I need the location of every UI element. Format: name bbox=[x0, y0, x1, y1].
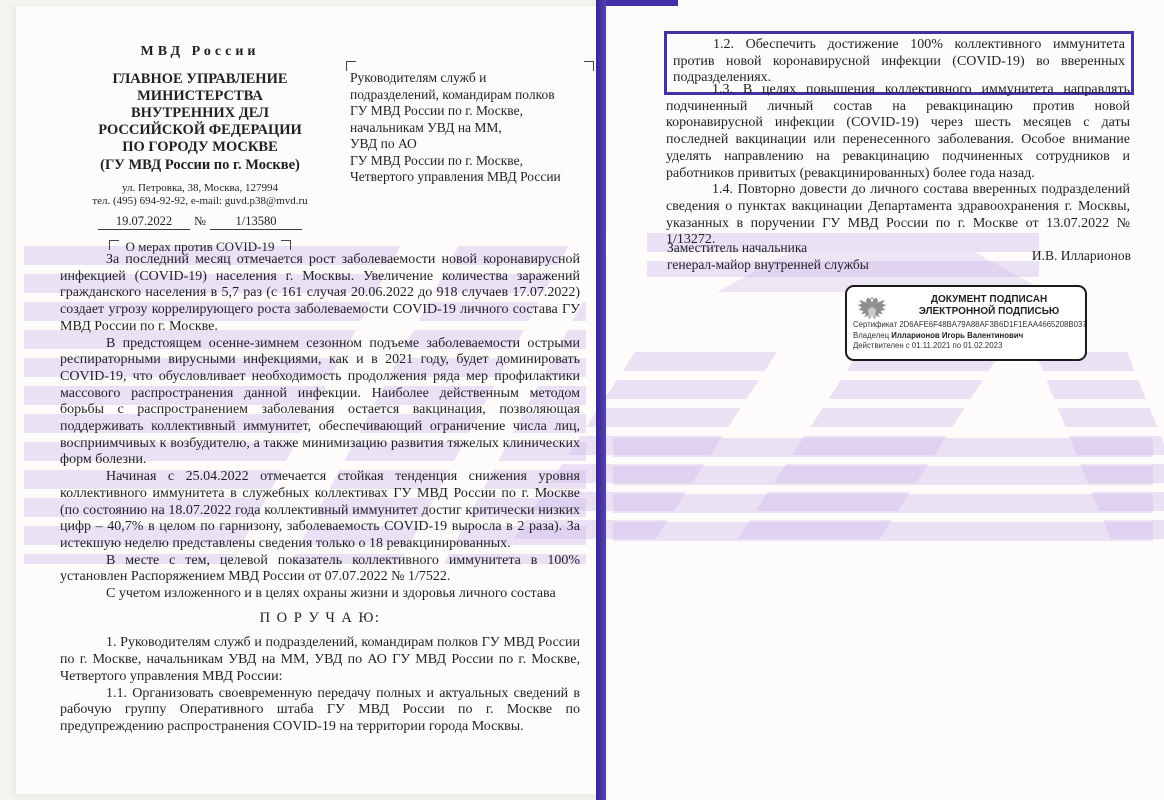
signer-position-line: генерал-майор внутренней службы bbox=[667, 257, 869, 274]
paragraph: С учетом изложенного и в целях охраны жи… bbox=[60, 586, 580, 603]
stamp-title-line: ЭЛЕКТРОННОЙ ПОДПИСЬЮ bbox=[893, 306, 1085, 318]
page-2: 1.2. Обеспечить достижение 100% коллекти… bbox=[607, 0, 1164, 800]
watermark-wedge bbox=[1035, 352, 1164, 544]
stamp-validity-line: Действителен с 01.11.2021 по 01.02.2023 bbox=[853, 341, 1081, 352]
electronic-signature-stamp: ДОКУМЕНТ ПОДПИСАН ЭЛЕКТРОННОЙ ПОДПИСЬЮ С… bbox=[845, 285, 1087, 361]
stamp-owner-name: Илларионов Игорь Валентинович bbox=[891, 331, 1023, 340]
stamp-owner-label: Владелец bbox=[853, 331, 889, 340]
doc-date: 19.07.2022 bbox=[98, 214, 190, 230]
org-address-line: ул. Петровка, 38, Москва, 127994 bbox=[50, 182, 350, 195]
order-item-1-2: 1.2. Обеспечить достижение 100% коллекти… bbox=[673, 37, 1125, 87]
org-title-line: РОССИЙСКОЙ ФЕДЕРАЦИИ bbox=[50, 122, 350, 139]
corner-mark bbox=[584, 61, 594, 71]
addressee-line: Руководителям служб и bbox=[350, 70, 590, 87]
corner-mark bbox=[281, 240, 291, 250]
org-name: МВД России bbox=[50, 44, 350, 60]
watermark-stripes-right-lower bbox=[613, 438, 1153, 546]
paragraph: Начиная с 25.04.2022 отмечается стойкая … bbox=[60, 469, 580, 553]
corner-mark bbox=[346, 61, 356, 71]
number-sign: № bbox=[194, 214, 206, 229]
corner-mark bbox=[109, 240, 119, 250]
signer-position-line: Заместитель начальника bbox=[667, 240, 869, 257]
page-1: МВД России ГЛАВНОЕ УПРАВЛЕНИЕ МИНИСТЕРСТ… bbox=[16, 6, 596, 794]
doc-number: 1/13580 bbox=[210, 214, 302, 230]
addressee-line: ГУ МВД России по г. Москве, bbox=[350, 153, 590, 170]
addressee-line: ГУ МВД России по г. Москве, bbox=[350, 103, 590, 120]
document-body-page2: 1.3. В целях повышения коллективного имм… bbox=[666, 82, 1130, 249]
order-heading: П О Р У Ч А Ю: bbox=[60, 610, 580, 627]
addressee-block: Руководителям служб и подразделений, ком… bbox=[350, 62, 590, 186]
org-title-line: ГЛАВНОЕ УПРАВЛЕНИЕ bbox=[50, 71, 350, 88]
reference-line: 19.07.2022№1/13580 bbox=[50, 214, 350, 230]
stamp-cert-value: 2D6AFE6F48BA79A88AF3B6D1F1EAA4665208B037 bbox=[899, 320, 1085, 329]
order-item-1: 1. Руководителям служб и подразделений, … bbox=[60, 635, 580, 685]
addressee-line: подразделений, командирам полков bbox=[350, 87, 590, 104]
org-short-name: (ГУ МВД России по г. Москве) bbox=[50, 157, 350, 174]
signer-name: И.В. Илларионов bbox=[1032, 248, 1131, 265]
org-title-line: ВНУТРЕННИХ ДЕЛ bbox=[50, 105, 350, 122]
document-scan: МВД России ГЛАВНОЕ УПРАВЛЕНИЕ МИНИСТЕРСТ… bbox=[0, 0, 1164, 800]
addressee-line: Четвертого управления МВД России bbox=[350, 169, 590, 186]
order-item-1-3: 1.3. В целях повышения коллективного имм… bbox=[666, 82, 1130, 182]
addressee-line: начальникам УВД на ММ, bbox=[350, 120, 590, 137]
org-title-line: МИНИСТЕРСТВА bbox=[50, 88, 350, 105]
watermark-wedge bbox=[734, 352, 1001, 544]
order-item-1-1: 1.1. Организовать своевременную передачу… bbox=[60, 686, 580, 736]
signer-position: Заместитель начальника генерал-майор вну… bbox=[667, 240, 869, 273]
mvd-emblem-icon bbox=[854, 293, 890, 327]
document-body: За последний месяц отмечается рост забол… bbox=[60, 252, 580, 736]
signature-block: Заместитель начальника генерал-майор вну… bbox=[667, 240, 1131, 273]
paragraph: В месте с тем, целевой показатель коллек… bbox=[60, 553, 580, 586]
stamp-title: ДОКУМЕНТ ПОДПИСАН ЭЛЕКТРОННОЙ ПОДПИСЬЮ bbox=[893, 287, 1085, 317]
paragraph: В предстоящем осенне-зимнем сезонном под… bbox=[60, 336, 580, 470]
paragraph: За последний месяц отмечается рост забол… bbox=[60, 252, 580, 336]
letterhead: МВД России ГЛАВНОЕ УПРАВЛЕНИЕ МИНИСТЕРСТ… bbox=[50, 44, 350, 255]
org-address: ул. Петровка, 38, Москва, 127994 тел. (4… bbox=[50, 182, 350, 208]
order-item-1-4: 1.4. Повторно довести до личного состава… bbox=[666, 182, 1130, 249]
addressee-lines: Руководителям служб и подразделений, ком… bbox=[350, 62, 590, 186]
top-accent-bar bbox=[606, 0, 678, 6]
stamp-owner-line: Владелец Илларионов Игорь Валентинович bbox=[853, 331, 1081, 342]
stamp-title-line: ДОКУМЕНТ ПОДПИСАН bbox=[893, 294, 1085, 306]
page-divider-bar bbox=[596, 0, 606, 800]
addressee-line: УВД по АО bbox=[350, 136, 590, 153]
org-address-line: тел. (495) 694-92-92, e-mail: guvd.p38@m… bbox=[50, 195, 350, 208]
org-title: ГЛАВНОЕ УПРАВЛЕНИЕ МИНИСТЕРСТВА ВНУТРЕНН… bbox=[50, 71, 350, 156]
org-title-line: ПО ГОРОДУ МОСКВЕ bbox=[50, 139, 350, 156]
